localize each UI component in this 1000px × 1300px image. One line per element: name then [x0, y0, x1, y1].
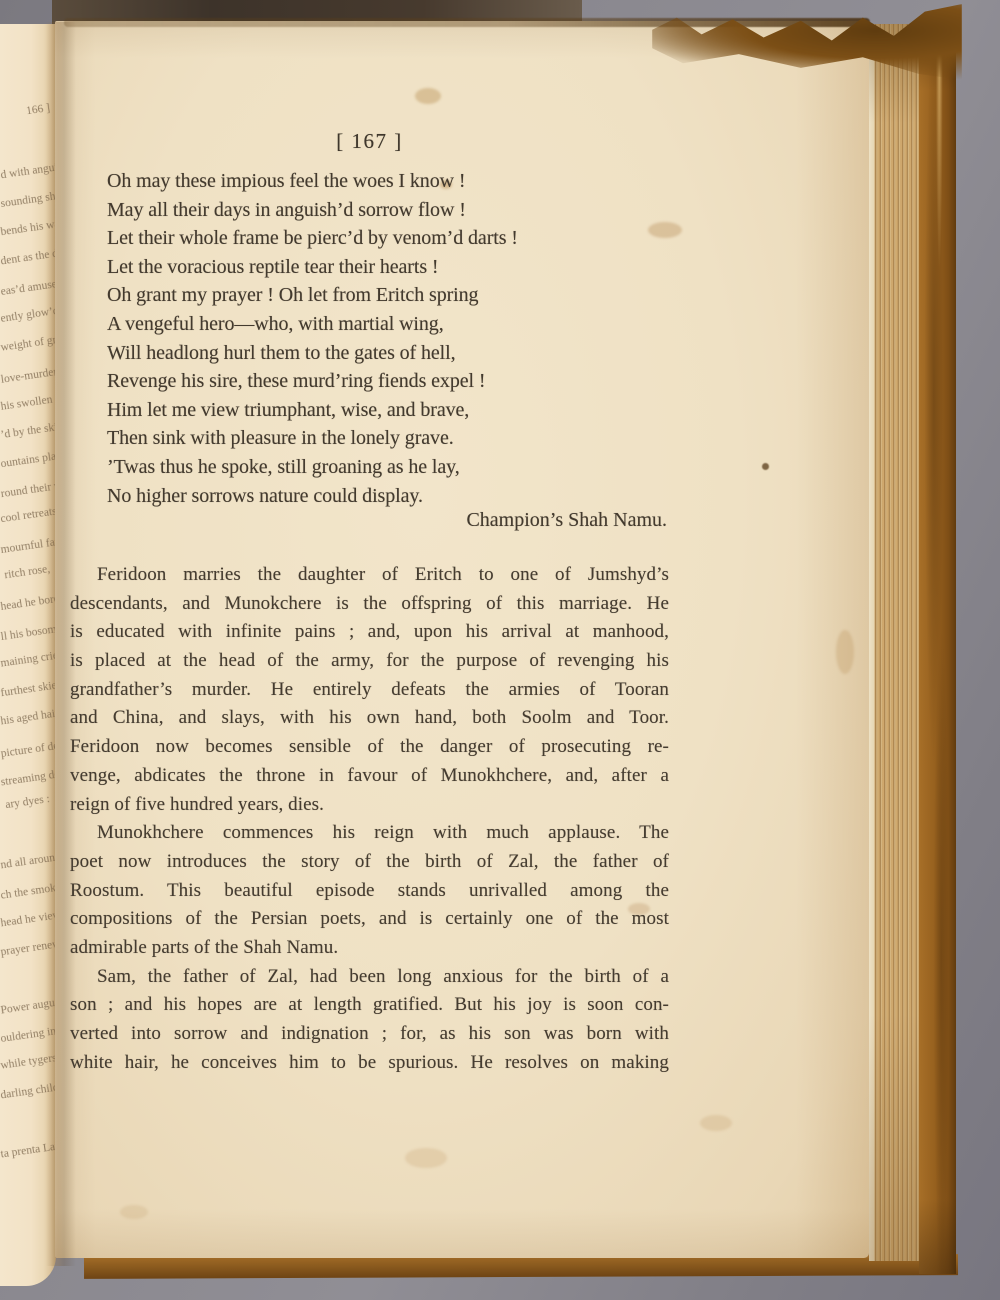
prose-line: white hair, he conceives him to be spuri…: [70, 1052, 669, 1081]
foxing-spot: [836, 630, 854, 674]
poem-line: Oh may these impious feel the woes I kno…: [107, 170, 677, 199]
poem-attribution: Champion’s Shah Namu.: [70, 509, 667, 532]
prose-line: is placed at the head of the army, for t…: [70, 650, 669, 679]
prose-line: reign of five hundred years, dies.: [70, 794, 669, 823]
prose-line: son ; and his hopes are at length gratif…: [70, 994, 669, 1023]
prose-line: admirable parts of the Shah Namu.: [70, 937, 669, 966]
page-number: [ 167 ]: [70, 129, 669, 154]
prose-line: descendants, and Munokchere is the offsp…: [70, 593, 669, 622]
prose-line: Roostum. This beautiful episode stands u…: [70, 880, 669, 909]
prose-line: Munokhchere commences his reign with muc…: [70, 822, 669, 851]
poem-line: ’Twas thus he spoke, still groaning as h…: [107, 456, 677, 485]
poem-line: Will headlong hurl them to the gates of …: [107, 342, 677, 371]
poem-line: Let their whole frame be pierc’d by veno…: [107, 227, 677, 256]
poem-line: Revenge his sire, these murd’ring fiends…: [107, 370, 677, 399]
prose-line: verted into sorrow and indignation ; for…: [70, 1023, 669, 1052]
leather-cover-edge: [919, 16, 956, 1274]
poem-line: May all their days in anguish’d sorrow f…: [107, 199, 677, 228]
foxing-spot: [405, 1148, 447, 1168]
poem-line: Then sink with pleasure in the lonely gr…: [107, 427, 677, 456]
foxing-spot: [120, 1205, 148, 1219]
prose-line: Feridoon now becomes sensible of the dan…: [70, 736, 669, 765]
foxing-spot: [415, 88, 441, 104]
poem-line: Let the voracious reptile tear their hea…: [107, 256, 677, 285]
foxing-spot: [700, 1115, 732, 1131]
poem-line: Him let me view triumphant, wise, and br…: [107, 399, 677, 428]
prose-line: and China, and slays, with his own hand,…: [70, 707, 669, 736]
prose-line: compositions of the Persian poets, and i…: [70, 908, 669, 937]
foxing-spot: [762, 463, 769, 470]
page-block-fore-edge: [869, 24, 919, 1261]
poem-line: Oh grant my prayer ! Oh let from Eritch …: [107, 284, 677, 313]
top-edge-stain: [64, 18, 870, 27]
prose-line: venge, abdicates the throne in favour of…: [70, 765, 669, 794]
prose-text: Feridoon marries the daughter of Eritch …: [70, 564, 669, 1080]
poem: Oh may these impious feel the woes I kno…: [107, 170, 677, 513]
prose-line: Feridoon marries the daughter of Eritch …: [70, 564, 669, 593]
prose-line: grandfather’s murder. He entirely defeat…: [70, 679, 669, 708]
poem-line: A vengeful hero—who, with martial wing,: [107, 313, 677, 342]
prose-line: poet now introduces the story of the bir…: [70, 851, 669, 880]
prose-line: Sam, the father of Zal, had been long an…: [70, 966, 669, 995]
book-photo: 166 ] d with anguish sounding shore. ben…: [0, 0, 1000, 1300]
prose-line: is educated with infinite pains ; and, u…: [70, 621, 669, 650]
